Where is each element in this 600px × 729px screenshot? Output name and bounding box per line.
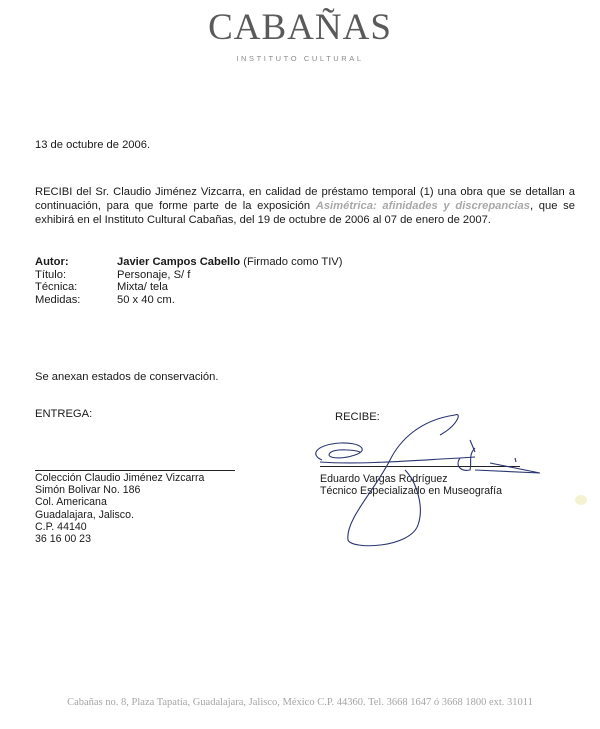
detail-value: 50 x 40 cm. xyxy=(117,294,175,307)
author-note: (Firmado como TIV) xyxy=(240,256,342,268)
detail-row-title: Título: Personaje, S/ f xyxy=(35,269,343,282)
deliver-signature-line xyxy=(35,470,235,471)
address-line: Col. Americana xyxy=(35,496,204,508)
author-name: Javier Campos Cabello xyxy=(117,256,240,268)
detail-row-technique: Técnica: Mixta/ tela xyxy=(35,281,343,294)
letter-date: 13 de octubre de 2006. xyxy=(35,139,150,151)
detail-label: Título: xyxy=(35,269,117,282)
exhibition-name: Asimétrica: afinidades y discrepancias xyxy=(316,200,530,212)
logo-title: CABAÑAS xyxy=(0,6,600,49)
detail-value: Personaje, S/ f xyxy=(117,269,190,282)
annex-note: Se anexan estados de conservación. xyxy=(35,371,218,383)
address-line: Simón Bolivar No. 186 xyxy=(35,484,204,496)
footer-address: Cabañas no. 8, Plaza Tapatía, Guadalajar… xyxy=(0,697,600,708)
deliver-label: ENTREGA: xyxy=(35,408,92,420)
letter-body: RECIBI del Sr. Claudio Jiménez Vizcarra,… xyxy=(35,185,575,227)
detail-label: Autor: xyxy=(35,256,117,269)
detail-row-size: Medidas: 50 x 40 cm. xyxy=(35,294,343,307)
paper-stain xyxy=(575,495,587,505)
address-line: 36 16 00 23 xyxy=(35,533,204,545)
detail-row-author: Autor: Javier Campos Cabello (Firmado co… xyxy=(35,256,343,269)
logo-subtitle: INSTITUTO CULTURAL xyxy=(0,54,600,63)
artwork-details: Autor: Javier Campos Cabello (Firmado co… xyxy=(35,256,343,306)
address-line: Colección Claudio Jiménez Vizcarra xyxy=(35,472,204,484)
detail-label: Medidas: xyxy=(35,294,117,307)
address-line: Guadalajara, Jalisco. xyxy=(35,509,204,521)
detail-value: Mixta/ tela xyxy=(117,281,168,294)
deliverer-address: Colección Claudio Jiménez Vizcarra Simón… xyxy=(35,472,204,545)
handwritten-signature xyxy=(300,410,540,550)
detail-value: Javier Campos Cabello (Firmado como TIV) xyxy=(117,256,343,269)
detail-label: Técnica: xyxy=(35,281,117,294)
address-line: C.P. 44140 xyxy=(35,521,204,533)
